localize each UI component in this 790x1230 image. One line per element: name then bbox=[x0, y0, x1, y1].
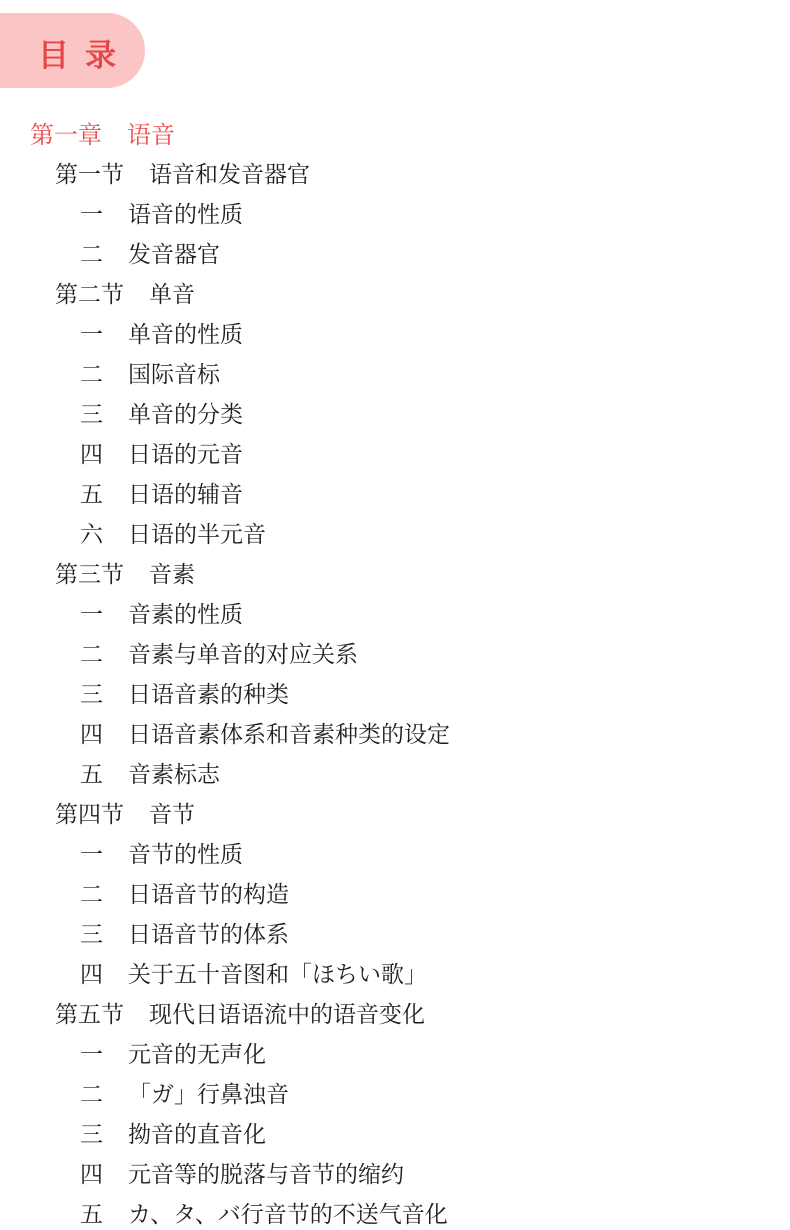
entry-title: 国际音标 bbox=[128, 356, 220, 389]
toc-entry-item[interactable]: 五 カ、タ、バ行音节的不送气音化 bbox=[0, 1192, 790, 1230]
toc-entry-item[interactable]: 三 拗音的直音化 bbox=[0, 1112, 790, 1152]
toc-entry-item[interactable]: 二 音素与单音的对应关系 bbox=[0, 632, 790, 672]
entry-label: 五 bbox=[80, 756, 103, 789]
entry-label: 三 bbox=[80, 396, 103, 429]
entry-label: 第一章 bbox=[30, 115, 102, 150]
toc-entry-section[interactable]: 第五节 现代日语语流中的语音变化 bbox=[0, 992, 790, 1032]
toc-entry-section[interactable]: 第二节 单音 bbox=[0, 272, 790, 312]
entry-title: 单音的分类 bbox=[128, 396, 243, 429]
entry-title: 日语的半元音 bbox=[128, 516, 266, 549]
toc-entry-item[interactable]: 四 日语的元音 bbox=[0, 432, 790, 472]
toc-entry-chapter[interactable]: 第一章 语音 bbox=[0, 112, 790, 152]
toc-entry-item[interactable]: 五 日语的辅音 bbox=[0, 472, 790, 512]
toc-entry-item[interactable]: 六 日语的半元音 bbox=[0, 512, 790, 552]
entry-label: 一 bbox=[80, 596, 103, 629]
toc-entry-item[interactable]: 一 元音的无声化 bbox=[0, 1032, 790, 1072]
toc-entry-section[interactable]: 第三节 音素 bbox=[0, 552, 790, 592]
toc-entry-item[interactable]: 四 元音等的脱落与音节的缩约 bbox=[0, 1152, 790, 1192]
entry-label: 四 bbox=[80, 956, 103, 989]
entry-title: 发音器官 bbox=[128, 236, 220, 269]
entry-title: 音节 bbox=[149, 796, 195, 829]
page-title: 目录 bbox=[0, 26, 132, 75]
toc-entry-item[interactable]: 四 日语音素体系和音素种类的设定 bbox=[0, 712, 790, 752]
entry-title: 拗音的直音化 bbox=[128, 1116, 266, 1149]
toc-entry-item[interactable]: 一 音素的性质 bbox=[0, 592, 790, 632]
entry-title: 单音的性质 bbox=[128, 316, 243, 349]
entry-label: 二 bbox=[80, 636, 103, 669]
entry-label: 四 bbox=[80, 1156, 103, 1189]
page-title-badge: 目录 bbox=[0, 13, 145, 88]
toc-entry-item[interactable]: 三 日语音素的种类 bbox=[0, 672, 790, 712]
toc-entry-item[interactable]: 一 音节的性质 bbox=[0, 832, 790, 872]
entry-title: 音素的性质 bbox=[128, 596, 243, 629]
entry-label: 一 bbox=[80, 1036, 103, 1069]
entry-title: 日语音素体系和音素种类的设定 bbox=[128, 716, 450, 749]
entry-title: 语音的性质 bbox=[128, 196, 243, 229]
entry-title: 日语的辅音 bbox=[128, 476, 243, 509]
entry-label: 三 bbox=[80, 916, 103, 949]
entry-title: 日语音素的种类 bbox=[128, 676, 289, 709]
entry-title: 现代日语语流中的语音变化 bbox=[149, 996, 425, 1029]
entry-label: 二 bbox=[80, 876, 103, 909]
entry-title: 音素 bbox=[149, 556, 195, 589]
entry-label: 五 bbox=[80, 476, 103, 509]
entry-title: 日语的元音 bbox=[128, 436, 243, 469]
entry-label: 一 bbox=[80, 316, 103, 349]
entry-label: 第二节 bbox=[55, 276, 124, 309]
entry-label: 一 bbox=[80, 196, 103, 229]
entry-label: 六 bbox=[80, 516, 103, 549]
entry-label: 第四节 bbox=[55, 796, 124, 829]
entry-label: 三 bbox=[80, 1116, 103, 1149]
entry-label: 第一节 bbox=[55, 156, 124, 189]
entry-label: 二 bbox=[80, 1076, 103, 1109]
entry-title: 元音的无声化 bbox=[128, 1036, 266, 1069]
entry-label: 五 bbox=[80, 1196, 103, 1229]
entry-title: 关于五十音图和「ほちい歌」 bbox=[128, 956, 427, 989]
entry-title: 语音 bbox=[127, 115, 175, 150]
entry-title: カ、タ、バ行音节的不送气音化 bbox=[128, 1196, 448, 1229]
entry-title: 单音 bbox=[149, 276, 195, 309]
toc-entry-item[interactable]: 三 日语音节的体系 bbox=[0, 912, 790, 952]
entry-label: 四 bbox=[80, 436, 103, 469]
toc-entry-item[interactable]: 二 发音器官 bbox=[0, 232, 790, 272]
toc-page: 目录 第一章 语音 第一节 语音和发音器官 一 语音的性质 二 发音器官 第二节… bbox=[0, 0, 790, 1230]
entry-title: 音节的性质 bbox=[128, 836, 243, 869]
entry-label: 二 bbox=[80, 356, 103, 389]
table-of-contents: 第一章 语音 第一节 语音和发音器官 一 语音的性质 二 发音器官 第二节 单音… bbox=[0, 112, 790, 1230]
toc-entry-item[interactable]: 四 关于五十音图和「ほちい歌」 bbox=[0, 952, 790, 992]
entry-title: 「ガ」行鼻浊音 bbox=[128, 1076, 289, 1109]
entry-title: 音素标志 bbox=[128, 756, 220, 789]
toc-entry-item[interactable]: 二 「ガ」行鼻浊音 bbox=[0, 1072, 790, 1112]
entry-label: 四 bbox=[80, 716, 103, 749]
toc-entry-item[interactable]: 一 单音的性质 bbox=[0, 312, 790, 352]
toc-entry-item[interactable]: 二 日语音节的构造 bbox=[0, 872, 790, 912]
entry-title: 日语音节的构造 bbox=[128, 876, 289, 909]
entry-label: 第五节 bbox=[55, 996, 124, 1029]
toc-entry-section[interactable]: 第四节 音节 bbox=[0, 792, 790, 832]
toc-entry-item[interactable]: 二 国际音标 bbox=[0, 352, 790, 392]
entry-label: 第三节 bbox=[55, 556, 124, 589]
entry-title: 语音和发音器官 bbox=[149, 156, 310, 189]
entry-title: 音素与单音的对应关系 bbox=[128, 636, 358, 669]
entry-label: 三 bbox=[80, 676, 103, 709]
toc-entry-item[interactable]: 五 音素标志 bbox=[0, 752, 790, 792]
toc-entry-section[interactable]: 第一节 语音和发音器官 bbox=[0, 152, 790, 192]
toc-entry-item[interactable]: 一 语音的性质 bbox=[0, 192, 790, 232]
entry-title: 元音等的脱落与音节的缩约 bbox=[128, 1156, 404, 1189]
entry-label: 一 bbox=[80, 836, 103, 869]
toc-entry-item[interactable]: 三 单音的分类 bbox=[0, 392, 790, 432]
entry-label: 二 bbox=[80, 236, 103, 269]
entry-title: 日语音节的体系 bbox=[128, 916, 289, 949]
